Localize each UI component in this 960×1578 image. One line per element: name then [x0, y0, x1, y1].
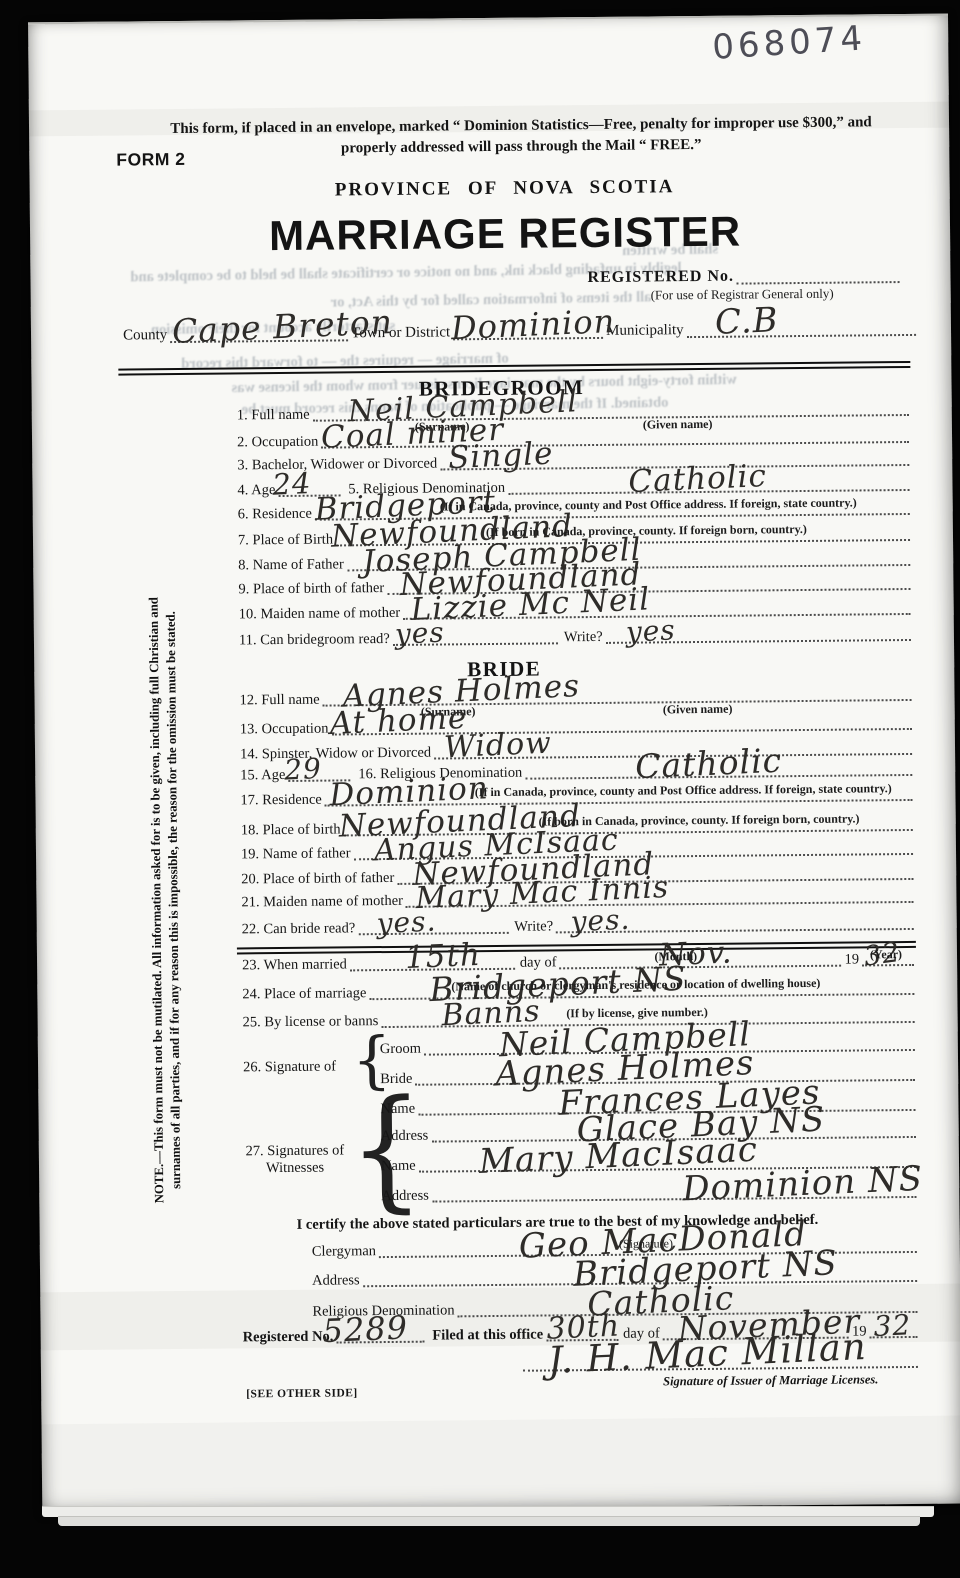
scan-shade: [41, 1416, 960, 1513]
witness2-address-value: Dominion NS: [681, 1162, 923, 1207]
bride-can-write-field: yes.: [556, 908, 914, 933]
bride-mother-field: Mary Mac Innis: [406, 881, 914, 908]
witnesses-label-line1: 27. Signatures of: [239, 1143, 354, 1159]
signature-of-label: 26. Signature of: [243, 1059, 339, 1074]
clergyman-address-label: Address: [312, 1273, 363, 1288]
filing-registered-field: 5289: [336, 1321, 424, 1344]
registrar-note: (For use of Registrar General only): [651, 287, 834, 302]
year-prefix-label: 19: [840, 952, 862, 967]
can-read-label: 11. Can bridegroom read?: [239, 631, 393, 647]
bride-can-read-field: yes.: [358, 912, 508, 935]
field-row-mother: 10. Maiden name of mother Lizzie Mc Neil: [239, 595, 911, 621]
can-write-value: yes: [625, 616, 676, 646]
witness1-name-label: Name: [380, 1101, 418, 1116]
year-field: 32 (Year): [862, 944, 914, 966]
place-of-marriage-field: Bridgeport NS (Name of church or clergym…: [369, 973, 914, 1000]
field-row-bride-full-name: 12. Full name Agnes Holmes (Surname) (Gi…: [239, 681, 911, 707]
bride-full-name-label: 12. Full name: [239, 692, 322, 707]
town-field: Dominion: [453, 315, 603, 340]
occupation-label: 2. Occupation: [237, 434, 321, 449]
bride-residence-note: (If in Canada, province, county and Post…: [475, 782, 892, 798]
full-name-label: 1. Full name: [237, 407, 313, 422]
bride-mother-value: Mary Mac Innis: [415, 873, 670, 914]
bride-birthplace-label: 18. Place of birth: [241, 822, 344, 837]
bride-can-read-value: yes.: [376, 908, 437, 939]
bride-religion-field: Catholic: [525, 754, 912, 780]
bride-occupation-label: 13. Occupation: [240, 721, 332, 736]
religion-value: Catholic: [627, 461, 767, 498]
filing-registered-value: 5289: [322, 1311, 409, 1347]
can-read-value: yes: [394, 619, 445, 649]
issuer-signature-field: J. H. Mac Millan: [523, 1346, 918, 1372]
place-of-marriage-note: (Name of church or clergyman's residence…: [451, 977, 820, 993]
bride-residence-field: Dominion (If in Canada, province, county…: [325, 779, 913, 807]
residence-label: 6. Residence: [238, 506, 315, 521]
mother-value: Lizzie Mc Neil: [411, 584, 652, 626]
age-value: 24: [272, 469, 312, 500]
can-write-label: Write?: [558, 629, 606, 644]
location-row: County Cape Breton Town or District Domi…: [123, 314, 916, 344]
mail-instruction: This form, if placed in an envelope, mar…: [89, 112, 913, 162]
bride-age-label: 15. Age: [240, 767, 288, 782]
witness2-name-label: Name: [381, 1158, 419, 1173]
marriage-register-form: shall be written legibly in unfading bla…: [28, 14, 960, 1513]
issuer-signature-caption: Signature of Issuer of Marriage Licenses…: [663, 1372, 878, 1389]
status-label: 3. Bachelor, Widower or Divorced: [237, 456, 440, 472]
municipality-field: C.B: [686, 312, 916, 338]
father-label: 8. Name of Father: [238, 557, 347, 573]
bride-can-write-value: yes.: [571, 906, 632, 937]
county-value: Cape Breton: [172, 305, 394, 348]
registered-no-label: REGISTERED No.: [587, 269, 737, 286]
field-row-bride-occupation: 13. Occupation At home: [240, 710, 912, 736]
registered-no-field: [737, 261, 900, 285]
scanned-document: shall be written legibly in unfading bla…: [0, 0, 960, 1578]
scan-number: 068074: [711, 18, 867, 67]
field-row-can-read: 11. Can bridegroom read? yes Write? yes: [239, 621, 911, 647]
bride-age-value: 29: [284, 755, 323, 785]
clergyman-label: Clergyman: [312, 1244, 379, 1259]
bride-can-write-label: Write?: [508, 919, 556, 934]
issuer-signature-row: J. H. Mac Millan: [523, 1348, 918, 1372]
filed-year-field: 32: [869, 1316, 917, 1338]
bride-father-birthplace-label: 20. Place of birth of father: [241, 870, 397, 886]
clergyman-signature-note: (Signature): [619, 1237, 673, 1250]
field-row-place-of-marriage: 24. Place of marriage Bridgeport NS (Nam…: [242, 975, 914, 1001]
filed-at-office-label: Filed at this office: [424, 1327, 546, 1343]
page-title: MARRIAGE REGISTER: [30, 206, 950, 263]
county-field: Cape Breton: [170, 317, 348, 343]
bride-father-label: 19. Name of father: [241, 846, 354, 862]
place-of-marriage-label: 24. Place of marriage: [242, 986, 369, 1002]
bride-religion-value: Catholic: [635, 744, 783, 784]
county-label: County: [123, 328, 170, 343]
municipality-value: C.B: [714, 303, 779, 340]
field-row-bride-can-read: 22. Can bride read? yes. Write? yes.: [242, 910, 914, 936]
see-other-side-note: [SEE OTHER SIDE]: [246, 1387, 358, 1400]
witness1-address-label: Address: [381, 1128, 432, 1143]
registered-no-row: REGISTERED No.: [587, 263, 899, 286]
bride-can-read-label: 22. Can bride read?: [242, 921, 359, 937]
bride-residence-label: 17. Residence: [240, 792, 324, 807]
bride-occupation-field: At home: [331, 708, 912, 736]
form-number-label: FORM 2: [116, 149, 185, 171]
birthplace-label: 7. Place of Birth: [238, 532, 336, 547]
status-value: Single: [447, 439, 554, 475]
witnesses-label: 27. Signatures of Witnesses: [239, 1143, 354, 1175]
witness2-address-field: Dominion NS: [432, 1176, 917, 1203]
field-row-witness2-address: Address Dominion NS: [381, 1178, 916, 1203]
witness2-address-label: Address: [381, 1188, 432, 1203]
filed-year-value: 32: [873, 1311, 912, 1341]
witnesses-label-line2: Witnesses: [239, 1160, 354, 1176]
can-read-field: yes: [393, 622, 558, 646]
mother-label: 10. Maiden name of mother: [239, 605, 404, 621]
page-stack-edge: [58, 1516, 920, 1526]
year-note: (Year): [870, 948, 902, 960]
can-write-field: yes: [606, 619, 911, 644]
religion-field: Catholic: [508, 469, 910, 495]
town-value: Dominion: [450, 305, 615, 344]
province-title: PROVINCE OF NOVA SCOTIA: [30, 174, 950, 205]
when-married-label: 23. When married: [242, 957, 350, 973]
groom-label: Groom: [380, 1041, 424, 1056]
father-birthplace-label: 9. Place of birth of father: [238, 580, 387, 596]
